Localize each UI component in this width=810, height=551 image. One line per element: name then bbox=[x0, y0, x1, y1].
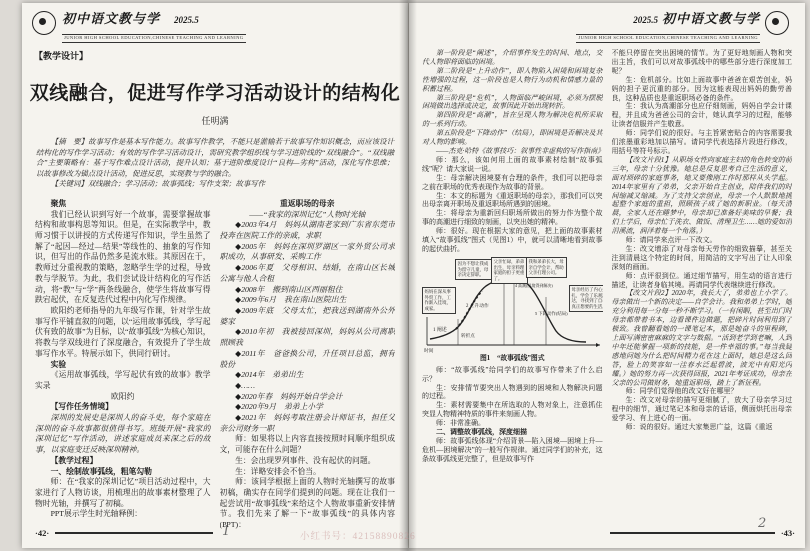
section-heading: 聚焦 bbox=[35, 199, 211, 210]
paragraph: 欧阳约 bbox=[35, 392, 211, 403]
article-title: 双线融合，促进写作学习活动设计的结构化 bbox=[28, 78, 402, 105]
paragraph: ◆2003年4月 妈妈从湖南老家到广东省东莞市投奔在医院工作的亲戚，求职 bbox=[220, 220, 396, 241]
paragraph: ◆…… bbox=[220, 381, 396, 392]
column-3-top: 第一阶段是“阐述”，介绍事件发生的时间、地点，交代人物即将面临的困境。第二阶段是… bbox=[422, 49, 603, 254]
paragraph: 生：改文对母亲的描写更细腻了，放大了母亲学习过程中的细节，通过笔记本和母亲的话语… bbox=[612, 396, 793, 423]
paragraph: 第三阶段是“危机”，人物面临严峻困境，必须为摆脱困境做出选择或决定，故事因此开始… bbox=[422, 94, 603, 112]
footer-rule bbox=[55, 532, 213, 534]
paragraph: 【改文片段1】从职场女性向家庭主妇的角色转变的前三年，母亲十分犹豫。她总是反复思… bbox=[612, 156, 793, 236]
abstract-text: 【摘 要】故事写作是基本写作能力。故事写作教学，不能只是灌输若干故事写作知识概念… bbox=[36, 137, 394, 179]
handwritten-mark-1: 1 bbox=[222, 524, 230, 539]
paragraph: 重返职场的母亲 bbox=[220, 199, 396, 210]
paragraph: ◆2006年夏 父母相识、结婚，在南山区长城公寓与他人合租 bbox=[220, 263, 396, 284]
paragraph: 生：我认为高潮部分也应仔细刻画，妈妈自学会计课程，并且成为爸爸公司的会计，她认真… bbox=[612, 102, 793, 129]
journal-header-left: 初中语文教与学 2025.5 JUNIOR HIGH SCHOOL EDUCAT… bbox=[22, 3, 408, 43]
paragraph: 师：故事弧线体现“介绍背景—陷入困境—困境上升—危机—困境解决”的一般写作规律。… bbox=[422, 437, 603, 464]
paragraph: 第五阶段是“下降动作”（结局），即困境是否解决及其对人物的影响。 bbox=[422, 129, 603, 147]
paragraph: 欧阳约老师指导的九年级写作课，针对学生故事写作平铺直叙的问题，以“运用故事弧线，… bbox=[35, 306, 211, 360]
paragraph: 深圳的发展史是深圳人的奋斗史，每个家庭在深圳的奋斗故事都很值得书写。班级开展“我… bbox=[35, 413, 211, 456]
paragraph: 【教学过程】 bbox=[35, 456, 211, 467]
left-page-footer: ·42· bbox=[35, 528, 213, 538]
paragraph: 师：非常准确。 bbox=[422, 419, 603, 428]
paragraph: 师：同学们觉得他的改文好在哪里？ bbox=[612, 387, 793, 396]
paragraph: ◆2009年6月 我在南山医院出生 bbox=[220, 295, 396, 306]
paragraph: 第二阶段是“上升动作”，即人物陷入困境和困境复杂性增强的过程，这一阶段也是人物行… bbox=[422, 67, 603, 94]
paragraph: ◆2005年 妈妈在深圳罗湖区一家外贸公司求职成功，从事研发、采购工作 bbox=[220, 242, 396, 263]
paragraph: 生：改文增添了对母亲每天劳作的细致描摹，甚至关注到清晨这个特定的时间，用简洁的文… bbox=[612, 245, 793, 272]
paragraph: 我们已经认识到写好一个故事，需要掌握故事结构和故事构思等知识。但是，在实际教学中… bbox=[35, 210, 211, 306]
figure-box-4: 我和弟弟长大，母亲自学会计，帮助父亲打理公司。 bbox=[526, 257, 567, 278]
abstract-block: 【摘 要】故事写作是基本写作能力。故事写作教学，不能只是灌输若干故事写作知识概念… bbox=[36, 137, 394, 190]
paragraph: 师：很好。现在根据大家的意见，把上面的故事素材填入“故事弧线”图式（见图1）中，… bbox=[422, 227, 603, 254]
column-1: 聚焦我们已经认识到写好一个故事，需要掌握故事结构和故事构思等知识。但是，在实际教… bbox=[35, 199, 211, 532]
article-author: 任明满 bbox=[22, 114, 408, 127]
paragraph: 生：会出现罗列事件、没有起伏的问题。 bbox=[220, 456, 396, 467]
paragraph: 生：将母亲为重新回归职场所做出的努力作为整个故事的高潮进行细致的刻画，以突出她的… bbox=[422, 209, 603, 227]
journal-logo-icon bbox=[32, 11, 56, 35]
paragraph: 第一阶段是“阐述”，介绍事件发生的时间、地点，交代人物即将面临的困境。 bbox=[422, 49, 603, 67]
keywords-text: 【关键词】双线融合；学习活动；故事弧线；写作支架；故事写作 bbox=[36, 179, 394, 190]
left-page-columns: 聚焦我们已经认识到写好一个故事，需要掌握故事结构和故事构思等知识。但是，在实际教… bbox=[35, 199, 395, 532]
paragraph: ◆2010年初 我被接回深圳，妈妈从公司离职照顾我 bbox=[220, 327, 396, 348]
figure-canvas: 1 阐述 转折点 2 上升动作 3 危机 4 高潮(困境得到解决) 5 下降动作… bbox=[422, 257, 603, 353]
journal-name-right: 初中语文教与学 bbox=[662, 11, 760, 26]
paragraph: 生：安排情节要突出人物遇到的困境和人物解决问题的过程。 bbox=[422, 384, 603, 402]
paragraph: PPT展示学生时光轴释例： bbox=[35, 509, 211, 520]
journal-issue-right: 2025.5 bbox=[633, 15, 658, 25]
stage-label-5: 5 下降动作(结局) bbox=[535, 310, 568, 317]
paragraph: 师：在“我家的深圳记忆”项目活动过程中，大家进行了人物访谈，用梳理出的故事素材整… bbox=[35, 477, 211, 509]
paragraph: 第四阶段是“高潮”，旨在呈现人物为解决危机所采取的一系列行动。 bbox=[422, 111, 603, 129]
figure-box-1: 妈妈在深从事外贸工作，工作渐入佳境，成家。 bbox=[422, 287, 456, 314]
paragraph: 《运用故事弧线，学写起伏有致的故事》教学实录 bbox=[35, 370, 211, 391]
paragraph: 生：母亲解决困境要有合理的条件，我们可以把母亲之前在职场的优秀表现作为故事的背景… bbox=[422, 174, 603, 192]
paragraph: 师：该同学根据上面的人物时光轴撰写的故事初稿，确实存在同学们提到的问题。现在让我… bbox=[220, 477, 396, 531]
journal-header-right: 2025.5 初中语文教与学 JUNIOR HIGH SCHOOL EDUCAT… bbox=[409, 3, 805, 43]
page-right: 2025.5 初中语文教与学 JUNIOR HIGH SCHOOL EDUCAT… bbox=[409, 3, 805, 548]
paragraph: ——杰克·哈特《故事技巧：叙事性非虚构的写作指南》 bbox=[422, 147, 603, 156]
paragraph: ◆2008年 搬到南山区西丽租住 bbox=[220, 285, 396, 296]
paragraph: ——“我家的深圳记忆”人物时光轴 bbox=[220, 210, 396, 221]
paragraph: ◆2020年9月 弟弟上小学 bbox=[220, 402, 396, 413]
figure-caption: 图1 “故事弧线”图式 bbox=[422, 355, 603, 364]
page-left: 初中语文教与学 2025.5 JUNIOR HIGH SCHOOL EDUCAT… bbox=[22, 3, 409, 548]
page-number-right: ·43· bbox=[781, 528, 795, 538]
paragraph: 不能只停留在突出困境的情节。为了更好地刻画人物和突出主旨，我们可以对故事弧线中的… bbox=[612, 49, 793, 76]
paragraph: 师：“故事弧线”给同学们的故事写作带来了什么启示？ bbox=[422, 366, 603, 384]
paragraph: 一、绘制故事弧线，粗笔勾勒 bbox=[35, 467, 211, 478]
column-2: 重返职场的母亲——“我家的深圳记忆”人物时光轴◆2003年4月 妈妈从湖南老家到… bbox=[220, 199, 396, 532]
paragraph: 【改文片段2】2020年，我长大了，弟弟也上小学了。母亲做出一个新的决定——自学… bbox=[612, 289, 793, 387]
paragraph: ◆2014年 弟弟出生 bbox=[220, 370, 396, 381]
column-3-bottom: 师：“故事弧线”给同学们的故事写作带来了什么启示？生：安排情节要突出人物遇到的困… bbox=[422, 366, 603, 464]
figure-story-arc: 1 阐述 转折点 2 上升动作 3 危机 4 高潮(困境得到解决) 5 下降动作… bbox=[422, 257, 603, 364]
paragraph: ◆2009年底 父母太忙，把我送到湖南外公外婆家 bbox=[220, 306, 396, 327]
scanned-journal-spread: 初中语文教与学 2025.5 JUNIOR HIGH SCHOOL EDUCAT… bbox=[0, 0, 810, 551]
column-3: 第一阶段是“阐述”，介绍事件发生的时间、地点，交代人物即将面临的困境。第二阶段是… bbox=[422, 49, 603, 535]
paragraph: 师：说的很好。通过大家集思广益，这篇《重返 bbox=[612, 423, 793, 432]
paragraph: 师：点评很到位。通过细节描写，用生动的语言进行描述，让读者身临其境。再请同学代表… bbox=[612, 272, 793, 290]
journal-issue: 2025.5 bbox=[174, 15, 199, 25]
paragraph: 生：素材需要集中在所选取的人物对象上，注意抓住突显人物精神特质的事件来刻画人物。 bbox=[422, 401, 603, 419]
paragraph: 师：如果将以上内容直接按照时间顺序组织成文，可能存在什么问题？ bbox=[220, 434, 396, 455]
journal-name-en: JUNIOR HIGH SCHOOL EDUCATION,CHINESE TEA… bbox=[62, 34, 246, 43]
right-page-footer: ·43· bbox=[610, 528, 795, 538]
section-heading: 实验 bbox=[35, 360, 211, 371]
column-4: 不能只停留在突出困境的情节。为了更好地刻画人物和突出主旨，我们可以对故事弧线中的… bbox=[612, 49, 793, 535]
stage-label-2: 2 上升动作 bbox=[466, 302, 489, 309]
paragraph: ◆2021年 妈妈考取注册会计师证书，担任父亲公司财务一职 bbox=[220, 413, 396, 434]
watermark-text: 小红书号：42158890826 bbox=[300, 528, 416, 542]
journal-name-en-right: JUNIOR HIGH SCHOOL EDUCATION,CHINESE TEA… bbox=[576, 34, 760, 43]
stage-label-turn: 转折点 bbox=[461, 332, 475, 339]
paragraph: 生：详略安排会不恰当。 bbox=[220, 467, 396, 478]
paragraph: ◆2020年春 妈妈开始自学会计 bbox=[220, 392, 396, 403]
paragraph: 【写作任务情境】 bbox=[35, 402, 211, 413]
journal-logo-icon-right bbox=[765, 11, 789, 35]
paragraph: ◆2011年 爸爸换公司，升任项目总监，拥有股份 bbox=[220, 349, 396, 370]
footer-rule-right bbox=[610, 532, 775, 533]
paragraph: 师：请同学来点评一下改文。 bbox=[612, 236, 793, 245]
right-page-columns: 第一阶段是“阐述”，介绍事件发生的时间、地点，交代人物即将面临的困境。第二阶段是… bbox=[422, 49, 792, 535]
paragraph: 师：那么，该如何用上面的故事素材绘制“故事弧线”呢？请大家说一说。 bbox=[422, 156, 603, 174]
page-gutter-shadow bbox=[399, 0, 417, 551]
journal-name: 初中语文教与学 bbox=[62, 11, 160, 26]
paragraph: 二、调整故事弧线，深度细描 bbox=[422, 428, 603, 437]
section-tag: 【教学设计】 bbox=[34, 49, 408, 62]
figure-box-3: 父亲忙碌，弟弟出生，母亲料理家庭的担子更重了。 bbox=[491, 257, 528, 284]
paragraph: 师：同学们说的很好。与主旨紧密贴合的内容需要我们浓墨重彩地加以描写。请同学代表选… bbox=[612, 129, 793, 156]
figure-box-5: 母亲经历了内心挣扎，学会了乐观豁达，寻找到了自己真正想要的生活。 bbox=[569, 285, 603, 312]
paragraph: 生：危机部分。比如上面故事中爸爸在艰苦创业，妈妈的担子更沉重的部分。因为这能表现… bbox=[612, 76, 793, 103]
x-axis-label: 时间 bbox=[424, 347, 434, 353]
handwritten-mark-2: 2 bbox=[758, 516, 766, 531]
page-number-left: ·42· bbox=[35, 528, 49, 538]
stage-label-1: 1 阐述 bbox=[433, 326, 447, 333]
figure-box-2: 因为不想让我成为留守儿童，母亲决定辞职。 bbox=[455, 259, 493, 280]
paragraph: 生：本文的标题为《重返职场的母亲》，那我们可以突出母亲离开职场及重返职场所遇到的… bbox=[422, 192, 603, 210]
